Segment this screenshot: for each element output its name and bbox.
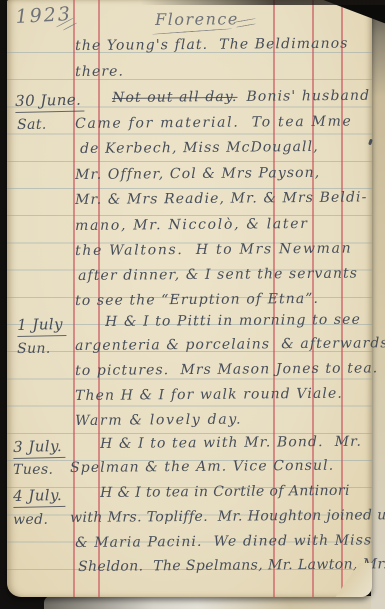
cover-top-shadow bbox=[140, 0, 385, 5]
diary-line: de Kerbech, Miss McDougall, bbox=[80, 139, 319, 159]
entry-day: Sun. bbox=[17, 341, 51, 359]
diary-line: H & I to tea in Cortile of Antinori bbox=[100, 483, 350, 503]
diary-line: to pictures. Mrs Mason Jones to tea. bbox=[75, 360, 378, 380]
diary-line: Spelman & the Am. Vice Consul. bbox=[70, 458, 334, 478]
page-stack-bottom-edge bbox=[44, 596, 385, 609]
diary-line: argenteria & porcelains & afterwards bbox=[75, 335, 385, 355]
struck-text: Not out all day. bbox=[112, 89, 238, 106]
page-corner-fold bbox=[330, 563, 372, 597]
diary-line: Then H & I for walk round Viale. bbox=[75, 386, 343, 406]
line-text: Bonis' husband bbox=[246, 88, 370, 105]
diary-line: to see the “Eruption of Etna”. bbox=[75, 291, 319, 311]
diary-line: Warm & lovely day. bbox=[75, 412, 242, 431]
entry-day: Sat. bbox=[17, 117, 47, 135]
diary-line: the Waltons. H to Mrs Newman bbox=[75, 241, 352, 261]
diary-line: the Young's flat. The Beldimanos bbox=[75, 36, 349, 56]
page-heading: Florence bbox=[155, 9, 239, 30]
diary-line: Came for material. To tea Mme bbox=[75, 114, 353, 134]
diary-line: mano, Mr. Niccolò, & later bbox=[75, 216, 309, 236]
entry-date: 1 July bbox=[17, 315, 66, 337]
entry-day: wed. bbox=[13, 512, 48, 530]
notebook-photo: 1923 Florence the Young's flat. The Beld… bbox=[0, 0, 385, 609]
diary-line: Mr. & Mrs Readie, Mr. & Mrs Beldi- bbox=[75, 189, 368, 209]
entry-day: Tues. bbox=[13, 462, 53, 480]
diary-line: H & I to tea with Mr. Bond. Mr. bbox=[100, 434, 362, 454]
diary-line: there. bbox=[75, 64, 124, 82]
diary-line: & Maria Pacini. We dined with Miss bbox=[75, 532, 372, 552]
diary-line: H & I to Pitti in morning to see bbox=[105, 312, 361, 332]
notebook-page: 1923 Florence the Young's flat. The Beld… bbox=[7, 0, 372, 597]
diary-line: Mr. Offner, Col & Mrs Payson, bbox=[75, 165, 320, 185]
entry-date: 3 July. bbox=[13, 437, 65, 459]
diary-line: Not out all day.Bonis' husband bbox=[112, 88, 370, 108]
entry-date: 4 July. bbox=[13, 486, 65, 508]
entry-date: 30 June. bbox=[15, 91, 84, 113]
diary-line: with Mrs. Topliffe. Mr. Houghton joined … bbox=[70, 507, 385, 527]
diary-line: after dinner, & I sent the servants bbox=[78, 266, 358, 286]
year-label: 1923 bbox=[15, 3, 73, 30]
photo-background: { "document": { "year": "1923", "heading… bbox=[0, 0, 385, 609]
